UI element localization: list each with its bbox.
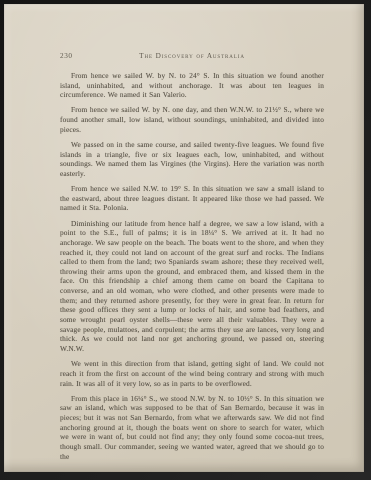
paragraph-3: We passed on in the same course, and sai… bbox=[60, 140, 324, 179]
paragraph-7: From this place in 16¼° S., we stood N.W… bbox=[60, 394, 324, 462]
paragraph-6: We went in this direction from that isla… bbox=[60, 359, 324, 388]
page-header: 230 The Discovery of Australia bbox=[60, 52, 324, 62]
page-text-block: 230 The Discovery of Australia From henc… bbox=[60, 52, 324, 467]
running-title: The Discovery of Australia bbox=[60, 52, 324, 60]
paragraph-5: Diminishing our latitude from hence half… bbox=[60, 219, 324, 354]
page-number: 230 bbox=[60, 52, 73, 60]
paragraph-2: From hence we sailed W. by N. one day, a… bbox=[60, 105, 324, 134]
paragraph-1: From hence we sailed W. by N. to 24° S. … bbox=[60, 71, 324, 100]
scanned-page-photo: 230 The Discovery of Australia From henc… bbox=[0, 0, 371, 480]
book-page: 230 The Discovery of Australia From henc… bbox=[4, 4, 364, 472]
paragraph-4: From hence we sailed N.W. to 19° S. In t… bbox=[60, 184, 324, 213]
